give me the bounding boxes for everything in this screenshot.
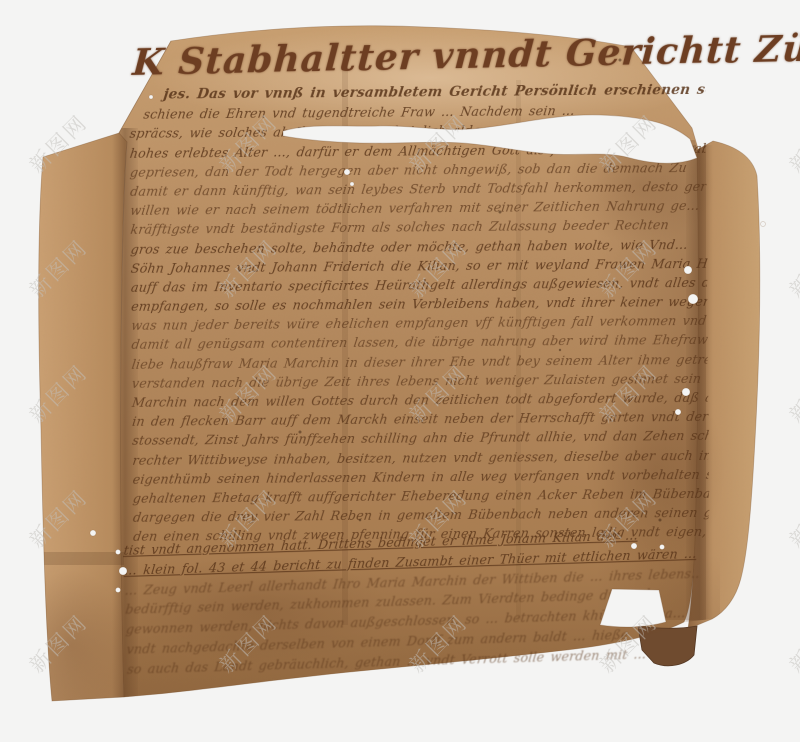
small-holes (90, 95, 766, 593)
tear-holes-overlay (0, 0, 800, 742)
horizontal-tear-hole (283, 115, 697, 163)
stock-photo-canvas: K Stabhaltter vnndt Gerichtt Zü jes. Das… (0, 0, 800, 742)
bottom-tear-notch (600, 589, 666, 627)
